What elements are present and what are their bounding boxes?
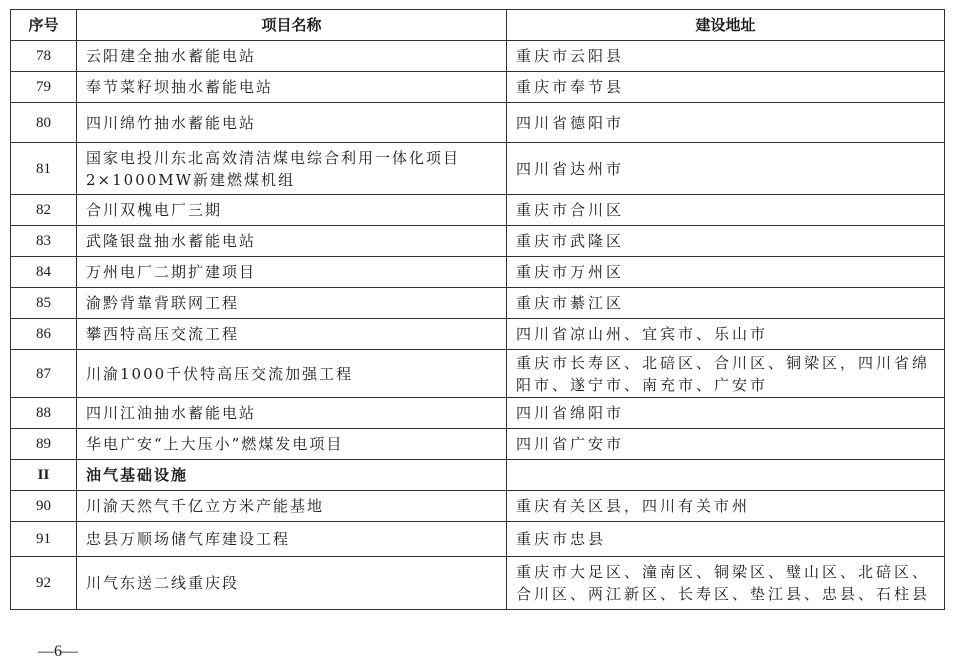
project-table: 序号 项目名称 建设地址 78云阳建全抽水蓄能电站重庆市云阳县79奉节菜籽坝抽水… bbox=[10, 9, 945, 610]
page-number: —6— bbox=[38, 643, 78, 661]
serial-number-cell: 90 bbox=[11, 491, 77, 522]
project-name-cell: 川气东送二线重庆段 bbox=[77, 557, 507, 610]
table-row: 90川渝天然气千亿立方米产能基地重庆有关区县，四川有关市州 bbox=[11, 491, 945, 522]
table-header-row: 序号 项目名称 建设地址 bbox=[11, 10, 945, 41]
address-cell: 重庆市云阳县 bbox=[507, 41, 945, 72]
address-cell: 重庆市万州区 bbox=[507, 257, 945, 288]
address-cell bbox=[507, 460, 945, 491]
address-cell: 四川省广安市 bbox=[507, 429, 945, 460]
serial-number-cell: 78 bbox=[11, 41, 77, 72]
header-serial-number: 序号 bbox=[11, 10, 77, 41]
table-row: 81国家电投川东北高效清洁煤电综合利用一体化项目2×1000MW新建燃煤机组四川… bbox=[11, 143, 945, 195]
project-name-cell: 国家电投川东北高效清洁煤电综合利用一体化项目2×1000MW新建燃煤机组 bbox=[77, 143, 507, 195]
serial-number-cell: II bbox=[11, 460, 77, 491]
table-row: 80四川绵竹抽水蓄能电站四川省德阳市 bbox=[11, 103, 945, 143]
serial-number-cell: 80 bbox=[11, 103, 77, 143]
address-cell: 重庆市忠县 bbox=[507, 522, 945, 557]
header-construction-address: 建设地址 bbox=[507, 10, 945, 41]
table-row: 91忠县万顺场储气库建设工程重庆市忠县 bbox=[11, 522, 945, 557]
serial-number-cell: 83 bbox=[11, 226, 77, 257]
serial-number-cell: 81 bbox=[11, 143, 77, 195]
table-row: 79奉节菜籽坝抽水蓄能电站重庆市奉节县 bbox=[11, 72, 945, 103]
address-cell: 重庆市合川区 bbox=[507, 195, 945, 226]
table-row: 86攀西特高压交流工程四川省凉山州、宜宾市、乐山市 bbox=[11, 319, 945, 350]
table-row: 92川气东送二线重庆段重庆市大足区、潼南区、铜梁区、璧山区、北碚区、合川区、两江… bbox=[11, 557, 945, 610]
serial-number-cell: 84 bbox=[11, 257, 77, 288]
address-cell: 重庆市綦江区 bbox=[507, 288, 945, 319]
project-name-cell: 攀西特高压交流工程 bbox=[77, 319, 507, 350]
serial-number-cell: 88 bbox=[11, 398, 77, 429]
project-name-cell: 渝黔背靠背联网工程 bbox=[77, 288, 507, 319]
project-name-cell: 川渝1000千伏特高压交流加强工程 bbox=[77, 350, 507, 398]
project-name-cell: 川渝天然气千亿立方米产能基地 bbox=[77, 491, 507, 522]
project-name-cell: 合川双槐电厂三期 bbox=[77, 195, 507, 226]
address-cell: 重庆市武隆区 bbox=[507, 226, 945, 257]
address-cell: 四川省绵阳市 bbox=[507, 398, 945, 429]
section-row: II油气基础设施 bbox=[11, 460, 945, 491]
address-cell: 重庆市长寿区、北碚区、合川区、铜梁区，四川省绵阳市、遂宁市、南充市、广安市 bbox=[507, 350, 945, 398]
table-row: 85渝黔背靠背联网工程重庆市綦江区 bbox=[11, 288, 945, 319]
project-name-cell: 四川江油抽水蓄能电站 bbox=[77, 398, 507, 429]
project-name-cell: 云阳建全抽水蓄能电站 bbox=[77, 41, 507, 72]
serial-number-cell: 79 bbox=[11, 72, 77, 103]
address-cell: 重庆有关区县，四川有关市州 bbox=[507, 491, 945, 522]
address-cell: 重庆市奉节县 bbox=[507, 72, 945, 103]
project-name-cell: 忠县万顺场储气库建设工程 bbox=[77, 522, 507, 557]
address-cell: 四川省达州市 bbox=[507, 143, 945, 195]
address-cell: 重庆市大足区、潼南区、铜梁区、璧山区、北碚区、合川区、两江新区、长寿区、垫江县、… bbox=[507, 557, 945, 610]
serial-number-cell: 82 bbox=[11, 195, 77, 226]
table-row: 84万州电厂二期扩建项目重庆市万州区 bbox=[11, 257, 945, 288]
table-row: 82合川双槐电厂三期重庆市合川区 bbox=[11, 195, 945, 226]
serial-number-cell: 87 bbox=[11, 350, 77, 398]
header-project-name: 项目名称 bbox=[77, 10, 507, 41]
project-name-cell: 油气基础设施 bbox=[77, 460, 507, 491]
project-name-cell: 华电广安“上大压小”燃煤发电项目 bbox=[77, 429, 507, 460]
table-row: 83武隆银盘抽水蓄能电站重庆市武隆区 bbox=[11, 226, 945, 257]
serial-number-cell: 86 bbox=[11, 319, 77, 350]
serial-number-cell: 85 bbox=[11, 288, 77, 319]
serial-number-cell: 92 bbox=[11, 557, 77, 610]
address-cell: 四川省凉山州、宜宾市、乐山市 bbox=[507, 319, 945, 350]
serial-number-cell: 91 bbox=[11, 522, 77, 557]
serial-number-cell: 89 bbox=[11, 429, 77, 460]
table-row: 89华电广安“上大压小”燃煤发电项目四川省广安市 bbox=[11, 429, 945, 460]
project-name-cell: 武隆银盘抽水蓄能电站 bbox=[77, 226, 507, 257]
project-name-cell: 万州电厂二期扩建项目 bbox=[77, 257, 507, 288]
table-row: 78云阳建全抽水蓄能电站重庆市云阳县 bbox=[11, 41, 945, 72]
project-name-cell: 奉节菜籽坝抽水蓄能电站 bbox=[77, 72, 507, 103]
table-row: 88四川江油抽水蓄能电站四川省绵阳市 bbox=[11, 398, 945, 429]
table-row: 87川渝1000千伏特高压交流加强工程重庆市长寿区、北碚区、合川区、铜梁区，四川… bbox=[11, 350, 945, 398]
address-cell: 四川省德阳市 bbox=[507, 103, 945, 143]
project-name-cell: 四川绵竹抽水蓄能电站 bbox=[77, 103, 507, 143]
